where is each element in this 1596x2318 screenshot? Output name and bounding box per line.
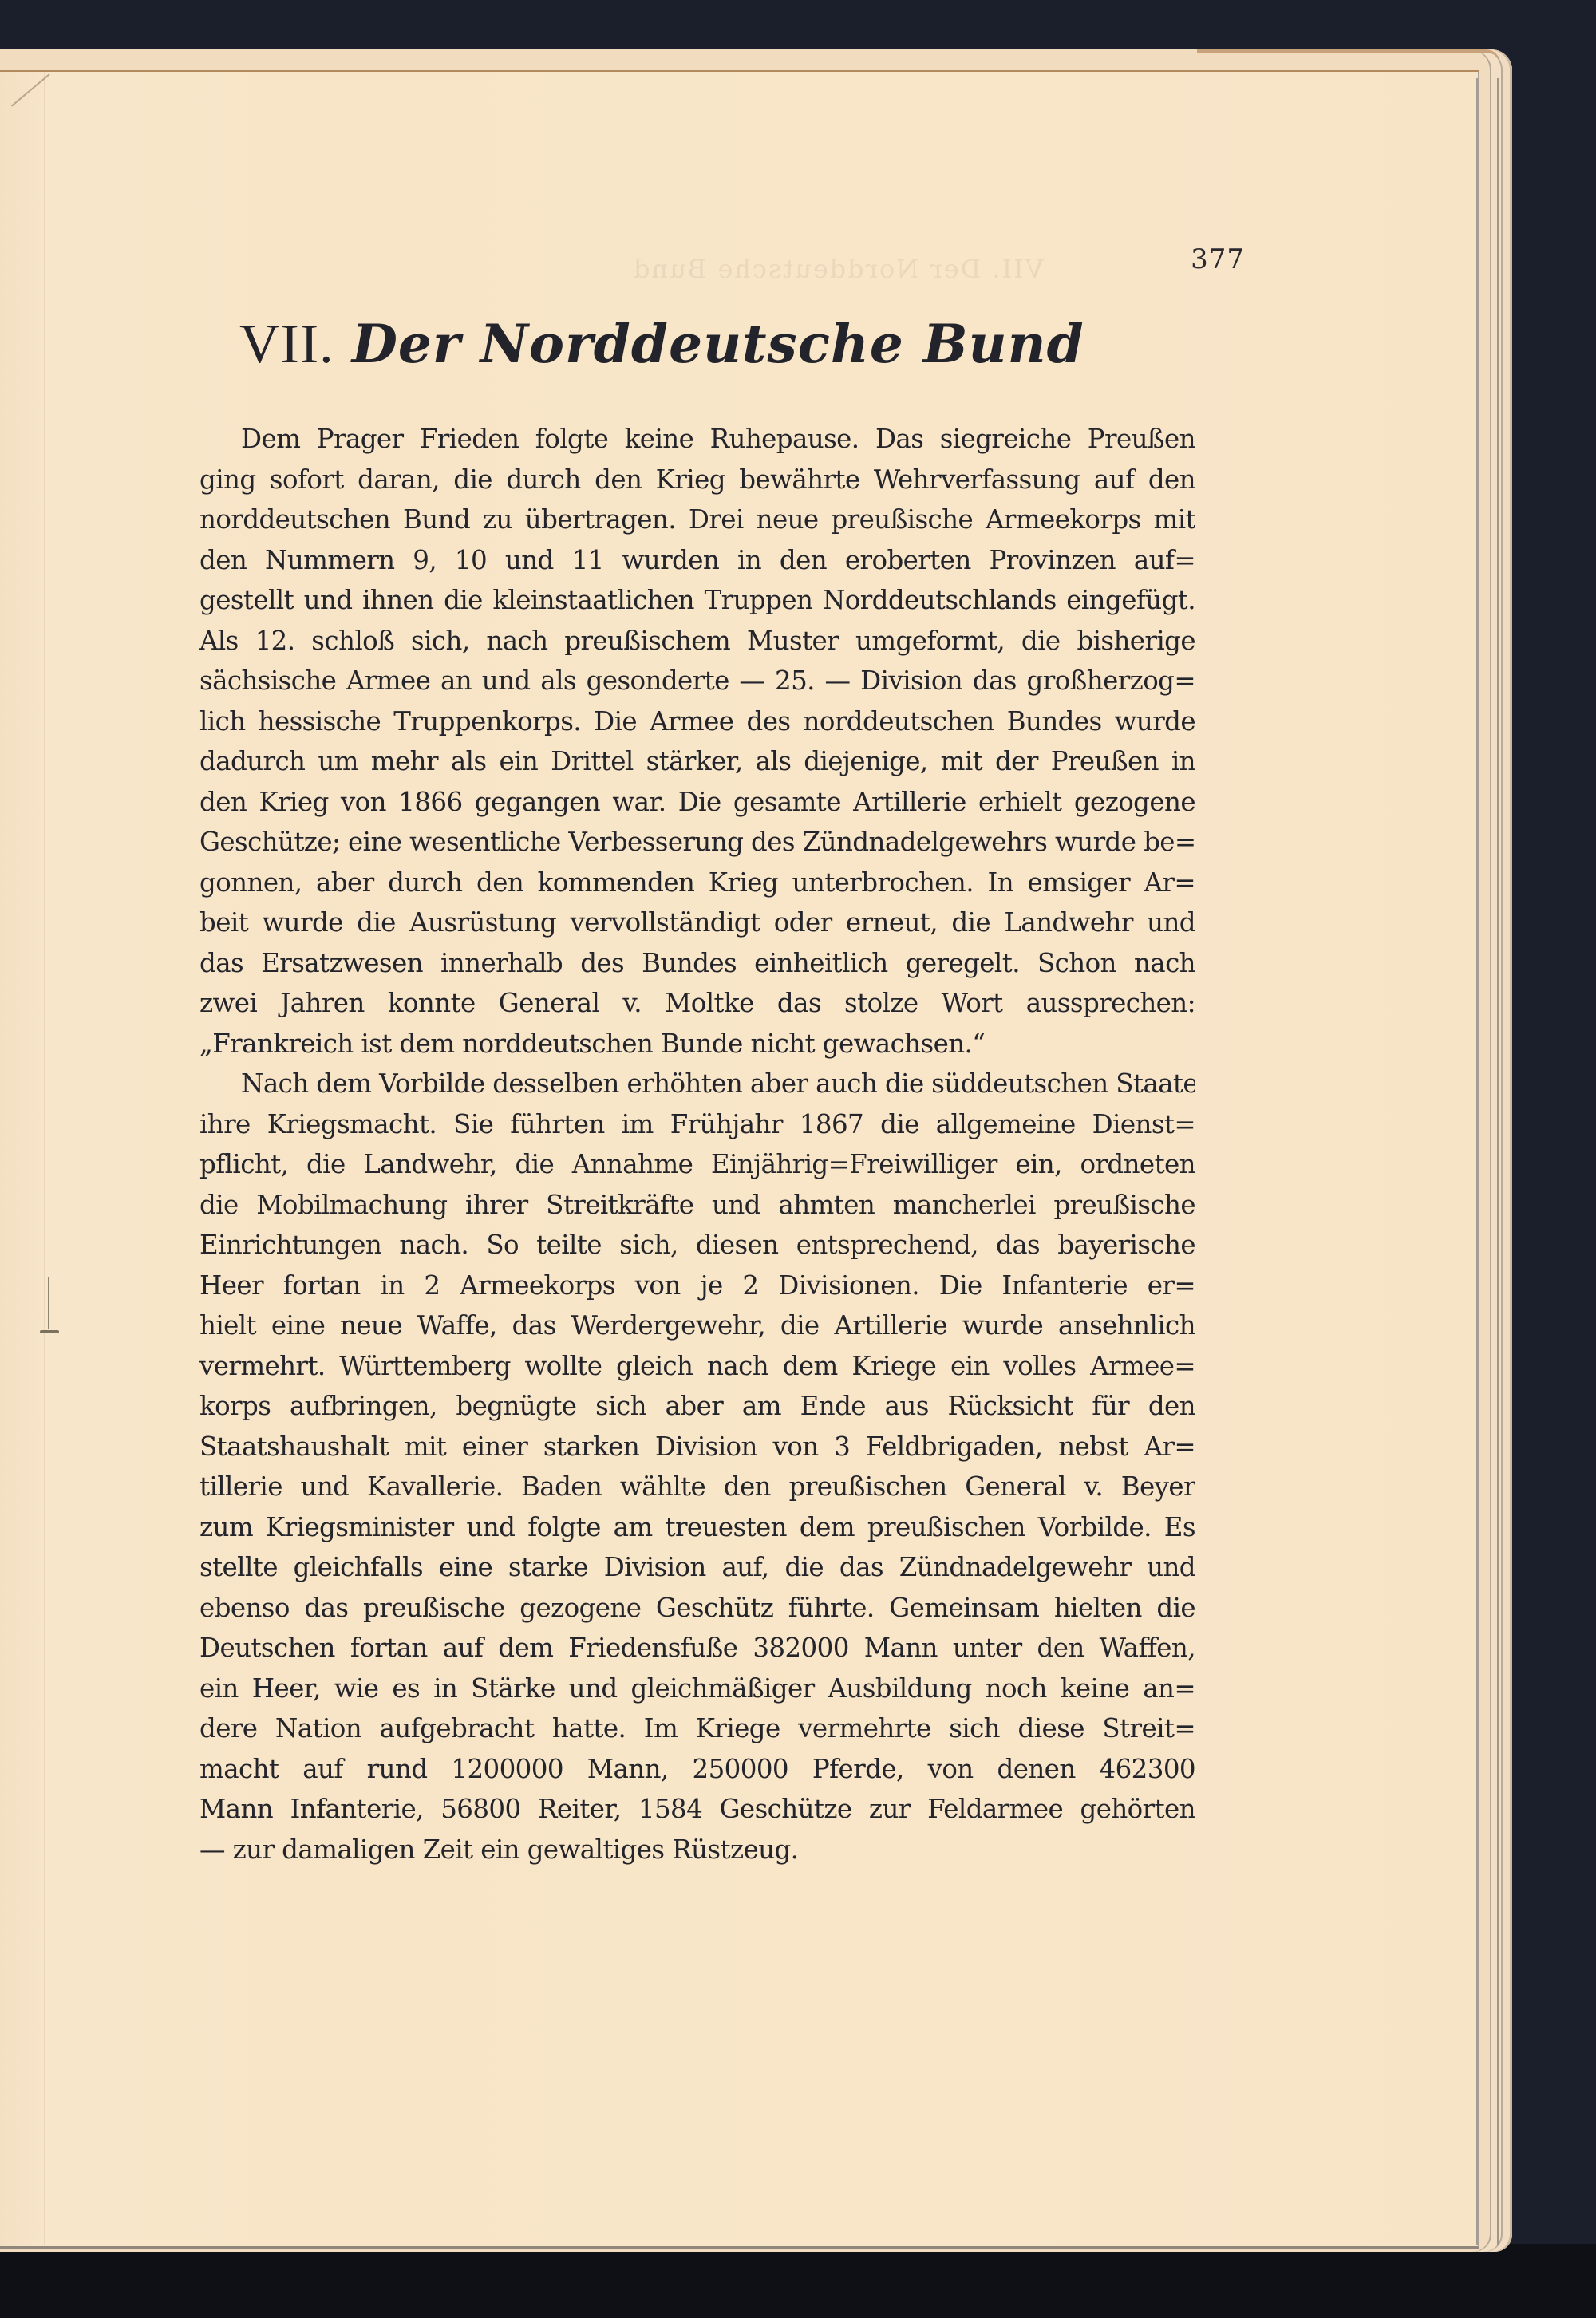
text-line: zwei Jahren konnte General v. Moltke das… [199,983,1195,1024]
text-line: gonnen, aber durch den kommenden Krieg u… [199,863,1195,903]
text-line: Deutschen fortan auf dem Friedensfuße 38… [199,1628,1195,1668]
text-line: die Mobilmachung ihrer Streitkräfte und … [199,1185,1195,1226]
text-line: gestellt und ihnen die kleinstaatlichen … [199,580,1195,621]
text-line: lich hessische Truppenkorps. Die Armee d… [199,701,1195,742]
paragraph-1: Dem Prager Frieden folgte keine Ruhepaus… [199,419,1195,1064]
margin-pencil-tick [40,1330,59,1333]
text-line: Als 12. schloß sich, nach preußischem Mu… [199,621,1195,661]
text-line: vermehrt. Württemberg wollte gleich nach… [199,1346,1195,1387]
body-text: Dem Prager Frieden folgte keine Ruhepaus… [199,419,1195,1870]
text-line: ebenso das preußische gezogene Geschütz … [199,1588,1195,1629]
text-line: beit wurde die Ausrüstung vervollständig… [199,902,1195,943]
page-number: 377 [1181,243,1245,275]
text-line: sächsische Armee an und als gesonderte —… [199,661,1195,701]
text-line: norddeutschen Bund zu übertragen. Drei n… [199,500,1195,540]
text-line: Mann Infanterie, 56800 Reiter, 1584 Gesc… [199,1789,1195,1830]
bleed-through-header: VII. Der Norddeutsche Bund [519,254,1157,284]
text-line: macht auf rund 1200000 Mann, 250000 Pfer… [199,1749,1195,1790]
text-line: den Nummern 9, 10 und 11 wurden in den e… [199,540,1195,581]
text-line: stellte gleichfalls eine starke Division… [199,1547,1195,1588]
paragraph-2: Nach dem Vorbilde desselben erhöhten abe… [199,1064,1195,1870]
chapter-numeral: VII. [239,314,334,375]
scanner-backdrop [0,2244,1596,2318]
text-line: Heer fortan in 2 Armeekorps von je 2 Div… [199,1266,1195,1306]
text-line: ihre Kriegsmacht. Sie führten im Frühjah… [199,1104,1195,1145]
text-line: pflicht, die Landwehr, die Annahme Einjä… [199,1144,1195,1185]
text-line: Staatshaushalt mit einer starken Divisio… [199,1427,1195,1467]
chapter-name: Der Norddeutsche Bund [352,313,1084,375]
text-line: das Ersatzwesen innerhalb des Bundes ein… [199,943,1195,984]
text-line: Dem Prager Frieden folgte keine Ruhepaus… [199,419,1195,460]
text-line: hielt eine neue Waffe, das Werdergewehr,… [199,1305,1195,1346]
margin-pencil-mark [48,1277,49,1329]
text-line: ein Heer, wie es in Stärke und gleichmäß… [199,1668,1195,1709]
fold-crease [44,70,45,2245]
text-line: — zur damaligen Zeit ein gewaltiges Rüst… [199,1830,1195,1870]
text-line: den Krieg von 1866 gegangen war. Die ges… [199,782,1195,823]
text-line: „Frankreich ist dem norddeutschen Bunde … [199,1024,1195,1064]
text-line: zum Kriegsminister und folgte am treuest… [199,1507,1195,1548]
text-line: korps aufbringen, begnügte sich aber am … [199,1386,1195,1427]
text-line: Einrichtungen nach. So teilte sich, dies… [199,1225,1195,1266]
text-line: ging sofort daran, die durch den Krieg b… [199,460,1195,500]
text-line: Geschütze; eine wesentliche Verbesserung… [199,822,1195,863]
text-line: tillerie und Kavallerie. Baden wählte de… [199,1467,1195,1507]
chapter-title: VII.Der Norddeutsche Bund [239,313,1197,377]
page-edge-lines [1476,78,1510,2245]
text-line: dere Nation aufgebracht hatte. Im Kriege… [199,1708,1195,1749]
text-line: Nach dem Vorbilde desselben erhöhten abe… [199,1064,1195,1104]
text-line: dadurch um mehr als ein Drittel stärker,… [199,741,1195,782]
